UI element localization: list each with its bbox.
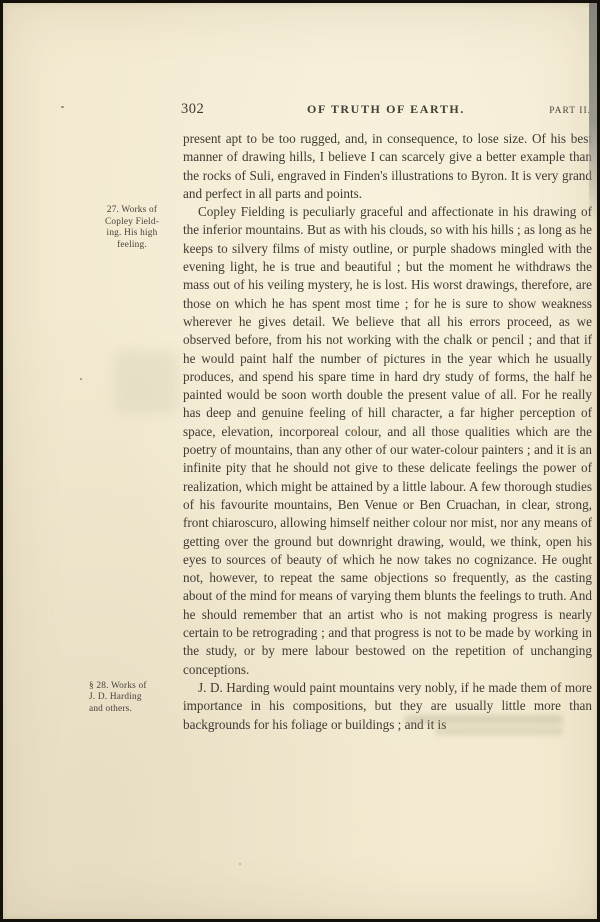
body-text-column: present apt to be too rugged, and, in co… xyxy=(183,130,592,734)
sidenote-27: 27. Works of Copley Field- ing. His high… xyxy=(89,205,175,251)
page-number: 302 xyxy=(181,101,204,118)
paragraph-copley-fielding: 27. Works of Copley Field- ing. His high… xyxy=(183,203,592,679)
ink-bleedthrough-ghost xyxy=(435,727,563,735)
paper-speck xyxy=(61,106,64,108)
part-label: PART II. xyxy=(549,106,591,116)
paragraph-text: Copley Fielding is peculiarly graceful a… xyxy=(183,204,592,676)
paper-speck xyxy=(354,430,357,433)
ink-bleedthrough-ghost xyxy=(405,715,563,724)
running-title: OF TRUTH OF EARTH. xyxy=(307,102,465,117)
running-head: 302 OF TRUTH OF EARTH. PART II. xyxy=(181,101,591,118)
paper-speck xyxy=(80,378,82,380)
paper-speck xyxy=(239,863,241,865)
paragraph-text: present apt to be too rugged, and, in co… xyxy=(183,131,592,201)
paragraph-jd-harding: § 28. Works of J. D. Harding and others.… xyxy=(183,679,592,734)
scan-stain xyxy=(115,351,177,413)
sidenote-28: § 28. Works of J. D. Harding and others. xyxy=(89,681,175,716)
paragraph-continuation: present apt to be too rugged, and, in co… xyxy=(183,130,592,203)
scanned-book-page: 302 OF TRUTH OF EARTH. PART II. present … xyxy=(0,0,600,922)
scan-edge-shadow xyxy=(589,3,597,223)
